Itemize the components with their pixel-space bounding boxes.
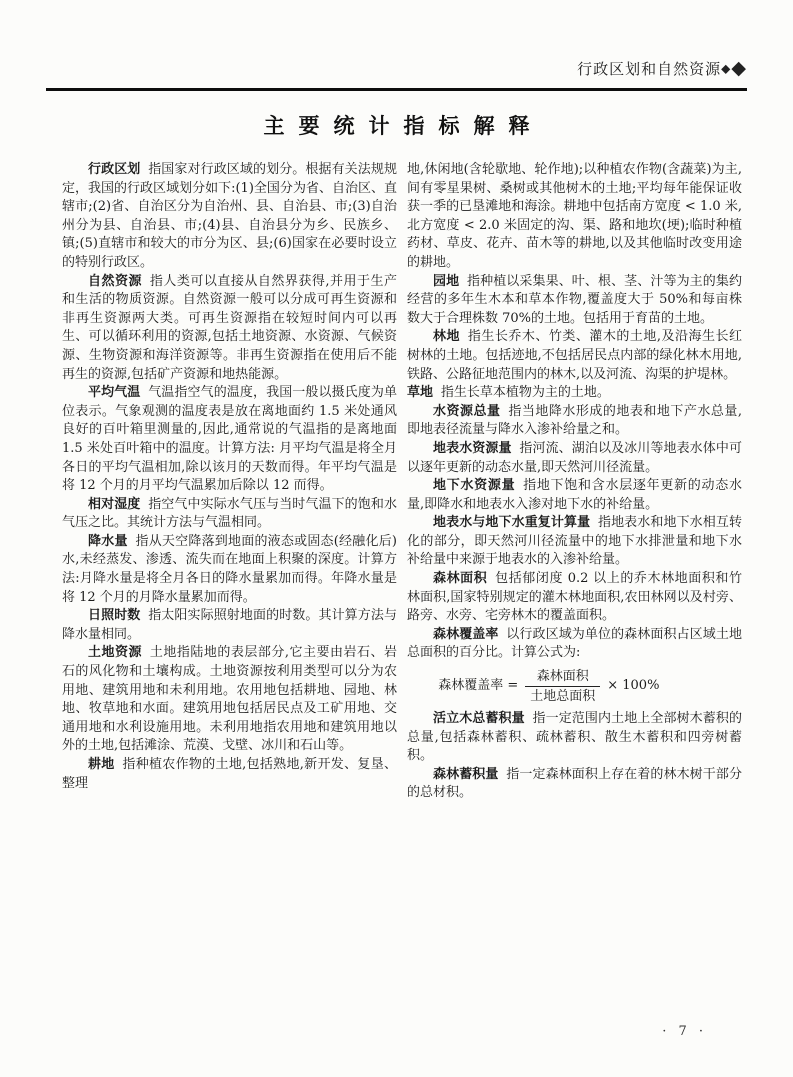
indicator-definition: 地,休闲地(含轮歇地、轮作地);以种植农作物(含蔬菜)为主,间有零星果树、桑树或… <box>407 162 742 270</box>
indicator-term: 活立木总蓄积量 <box>433 711 525 726</box>
section-title: 行政区划和自然资源 <box>577 60 721 78</box>
indicator-term: 森林面积 <box>433 571 487 586</box>
definition-paragraph: 地表水与地下水重复计算量指地表水和地下水相互转化的部分，即天然河川径流量中的地下… <box>407 514 742 570</box>
indicator-term: 自然资源 <box>88 274 142 289</box>
page-title: 主要统计指标解释 <box>0 110 793 140</box>
definition-paragraph: 自然资源指人类可以直接从自然界获得,并用于生产和生活的物质资源。自然资源一般可以… <box>62 273 397 385</box>
continued-paragraph: 地,休闲地(含轮歇地、轮作地);以种植农作物(含蔬菜)为主,间有零星果树、桑树或… <box>407 161 742 273</box>
definition-paragraph: 活立木总蓄积量指一定范围内土地上全部树木蓄积的总量,包括森林蓄积、疏林蓄积、散生… <box>407 710 742 766</box>
indicator-term: 地下水资源量 <box>433 478 515 493</box>
definition-paragraph: 地下水资源量指地下饱和含水层逐年更新的动态水量,即降水和地表水入渗对地下水的补给… <box>407 477 742 514</box>
definition-paragraph: 日照时数指太阳实际照射地面的时数。其计算方法与降水量相同。 <box>62 607 397 644</box>
definition-paragraph: 耕地指种植农作物的土地,包括熟地,新开发、复垦、整理 <box>62 756 397 793</box>
forest-coverage-formula: 森林覆盖率 = 森林面积 土地总面积 × 100% <box>438 668 742 705</box>
indicator-term: 土地资源 <box>88 645 142 660</box>
formula-denominator: 土地总面积 <box>525 686 600 705</box>
indicator-term: 地表水与地下水重复计算量 <box>433 515 590 530</box>
page-header: 行政区划和自然资源◆◆ <box>46 58 747 91</box>
definition-paragraph: 森林覆盖率以行政区域为单位的森林面积占区域土地总面积的百分比。计算公式为: <box>407 626 742 663</box>
indicator-definition: 气温指空气的温度，我国一般以摄氏度为单位表示。气象观测的温度表是放在离地面约 1… <box>62 385 397 493</box>
document-page: 行政区划和自然资源◆◆ 主要统计指标解释 行政区划指国家对行政区域的划分。根据有… <box>0 0 793 1077</box>
page-number: · 7 · <box>662 1024 707 1039</box>
diamond-icon-small: ◆ <box>721 62 731 76</box>
definition-paragraph: 森林面积包括郁闭度 0.2 以上的乔木林地面积和竹林面积,国家特别规定的灌木林地… <box>407 570 742 626</box>
indicator-definition: 指人类可以直接从自然界获得,并用于生产和生活的物质资源。自然资源一般可以分成可再… <box>62 274 397 382</box>
definition-paragraph: 相对湿度指空气中实际水气压与当时气温下的饱和水气压之比。其统计方法与气温相同。 <box>62 496 397 533</box>
definition-paragraph: 园地指种植以采集果、叶、根、茎、汁等为主的集约经营的多年生木本和草本作物,覆盖度… <box>407 273 742 329</box>
definition-paragraph: 草地指生长草本植物为主的土地。 <box>407 384 742 403</box>
formula-numerator: 森林面积 <box>525 668 600 686</box>
definition-paragraph: 地表水资源量指河流、湖泊以及冰川等地表水体中可以逐年更新的动态水量,即天然河川径… <box>407 440 742 477</box>
definition-paragraph: 森林蓄积量指一定森林面积上存在着的林木树干部分的总材积。 <box>407 766 742 803</box>
indicator-term: 草地 <box>407 385 433 400</box>
indicator-term: 降水量 <box>88 534 128 549</box>
left-column: 行政区划指国家对行政区域的划分。根据有关法规规定，我国的行政区域划分如下:(1)… <box>62 161 397 803</box>
formula-lhs: 森林覆盖率 = <box>438 677 518 696</box>
formula-rhs: × 100% <box>607 677 659 696</box>
definition-paragraph: 水资源总量指当地降水形成的地表和地下产水总量,即地表径流量与降水入渗补给量之和。 <box>407 403 742 440</box>
indicator-definition: 指生长草本植物为主的土地。 <box>441 385 610 400</box>
indicator-definition: 土地指陆地的表层部分,它主要由岩石、岩石的风化物和土壤构成。土地资源按利用类型可… <box>62 645 397 753</box>
indicator-term: 行政区划 <box>88 162 140 177</box>
diamond-icon-large: ◆ <box>731 57 747 79</box>
indicator-term: 林地 <box>433 329 460 344</box>
indicator-term: 森林覆盖率 <box>433 627 499 642</box>
indicator-term: 地表水资源量 <box>433 441 512 456</box>
definition-paragraph: 行政区划指国家对行政区域的划分。根据有关法规规定，我国的行政区域划分如下:(1)… <box>62 161 397 273</box>
formula-fraction: 森林面积 土地总面积 <box>525 668 600 705</box>
indicator-term: 森林蓄积量 <box>433 767 499 782</box>
right-column: 地,休闲地(含轮歇地、轮作地);以种植农作物(含蔬菜)为主,间有零星果树、桑树或… <box>407 161 742 803</box>
indicator-term: 园地 <box>433 274 459 289</box>
indicator-term: 水资源总量 <box>433 404 501 419</box>
indicator-term: 平均气温 <box>88 385 140 400</box>
two-column-body: 行政区划指国家对行政区域的划分。根据有关法规规定，我国的行政区域划分如下:(1)… <box>62 161 742 803</box>
definition-paragraph: 平均气温气温指空气的温度，我国一般以摄氏度为单位表示。气象观测的温度表是放在离地… <box>62 384 397 496</box>
definition-paragraph: 林地指生长乔木、竹类、灌木的土地,及沿海生长红树林的土地。包括迹地,不包括居民点… <box>407 328 742 384</box>
indicator-definition: 指国家对行政区域的划分。根据有关法规规定，我国的行政区域划分如下:(1)全国分为… <box>62 162 397 270</box>
definition-paragraph: 土地资源土地指陆地的表层部分,它主要由岩石、岩石的风化物和土壤构成。土地资源按利… <box>62 644 397 756</box>
indicator-term: 日照时数 <box>88 608 140 623</box>
indicator-term: 耕地 <box>88 757 115 772</box>
definition-paragraph: 降水量指从天空降落到地面的液态或固态(经融化后)水,未经蒸发、渗透、流失而在地面… <box>62 533 397 607</box>
indicator-term: 相对湿度 <box>88 497 140 512</box>
